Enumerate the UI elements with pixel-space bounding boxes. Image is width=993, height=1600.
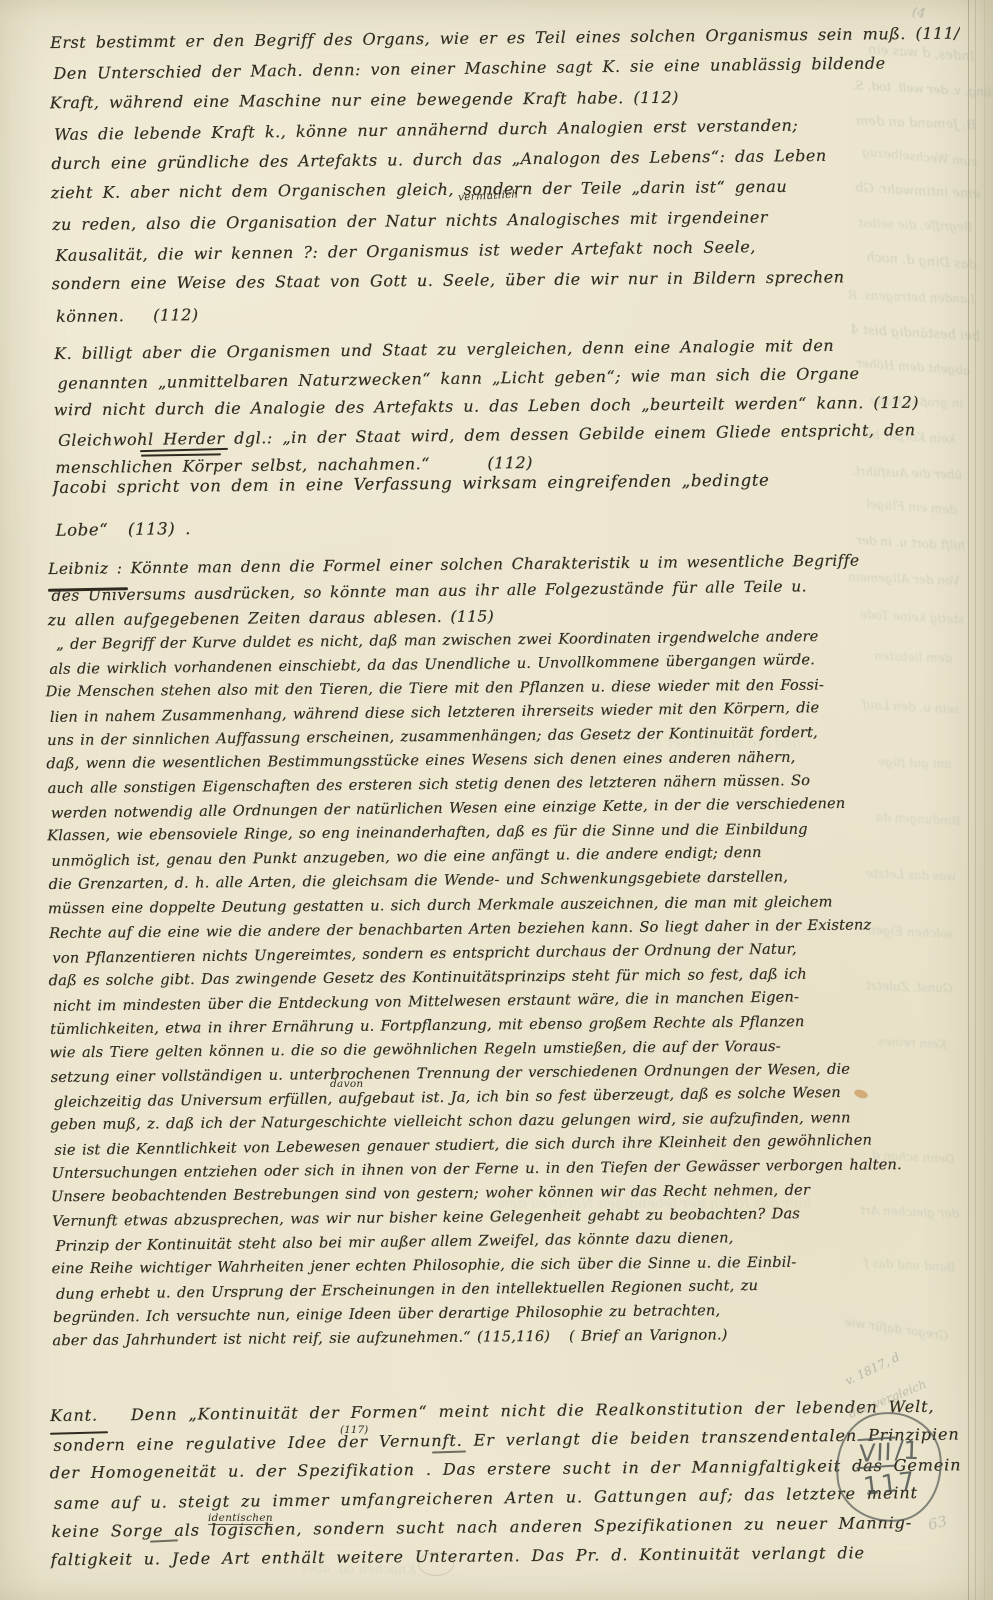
stamp-roman-numeral: VII — [856, 1436, 895, 1469]
paragraph-kant: Kant. Denn „Kontinuität der Formen“ mein… — [50, 1396, 961, 1580]
stamp-slash: /1 — [895, 1437, 920, 1463]
paper-crease-line — [975, 0, 976, 1600]
bleedthrough-fragment: dem ein Flügel — [866, 497, 958, 517]
paragraph-organism: Erst bestimmt er den Begriff des Organs,… — [50, 23, 963, 335]
paragraph-jacobi: Jacobi spricht von dem in eine Verfassun… — [52, 470, 770, 562]
paper-smudge — [418, 1552, 454, 1576]
stamp-page-number: 117 — [862, 1465, 919, 1500]
corner-pencil-mark: (4 — [911, 5, 926, 22]
paper-edge-line — [968, 0, 969, 1600]
pencil-note-date: v. 1817, d — [843, 1350, 902, 1388]
stamp-signature: VII/1 — [855, 1434, 920, 1468]
bleedthrough-fragment: Von der Allgemein — [848, 570, 960, 588]
manuscript-page: Indes, d was einJüng. v. der well. tod. … — [0, 0, 993, 1600]
interlinear-word-2: identischen — [208, 1512, 273, 1525]
paragraph-varignon-quote: „ der Begriff der Kurve duldet es nicht,… — [46, 627, 904, 1357]
paragraph-k-billigt: K. billigt aber die Organismen und Staat… — [54, 335, 920, 487]
paragraph-leibniz: Leibniz : Könnte man denn die Formel ein… — [48, 552, 860, 638]
paper-crease-line-2 — [984, 0, 985, 1600]
bleedthrough-fragment: stetig keine Tode — [860, 607, 965, 626]
interlinear-word-3: davon — [330, 1078, 364, 1090]
superscript-page-117: (117) — [340, 1424, 368, 1436]
bleedthrough-fragment: hilft dort u. in der — [856, 533, 966, 553]
